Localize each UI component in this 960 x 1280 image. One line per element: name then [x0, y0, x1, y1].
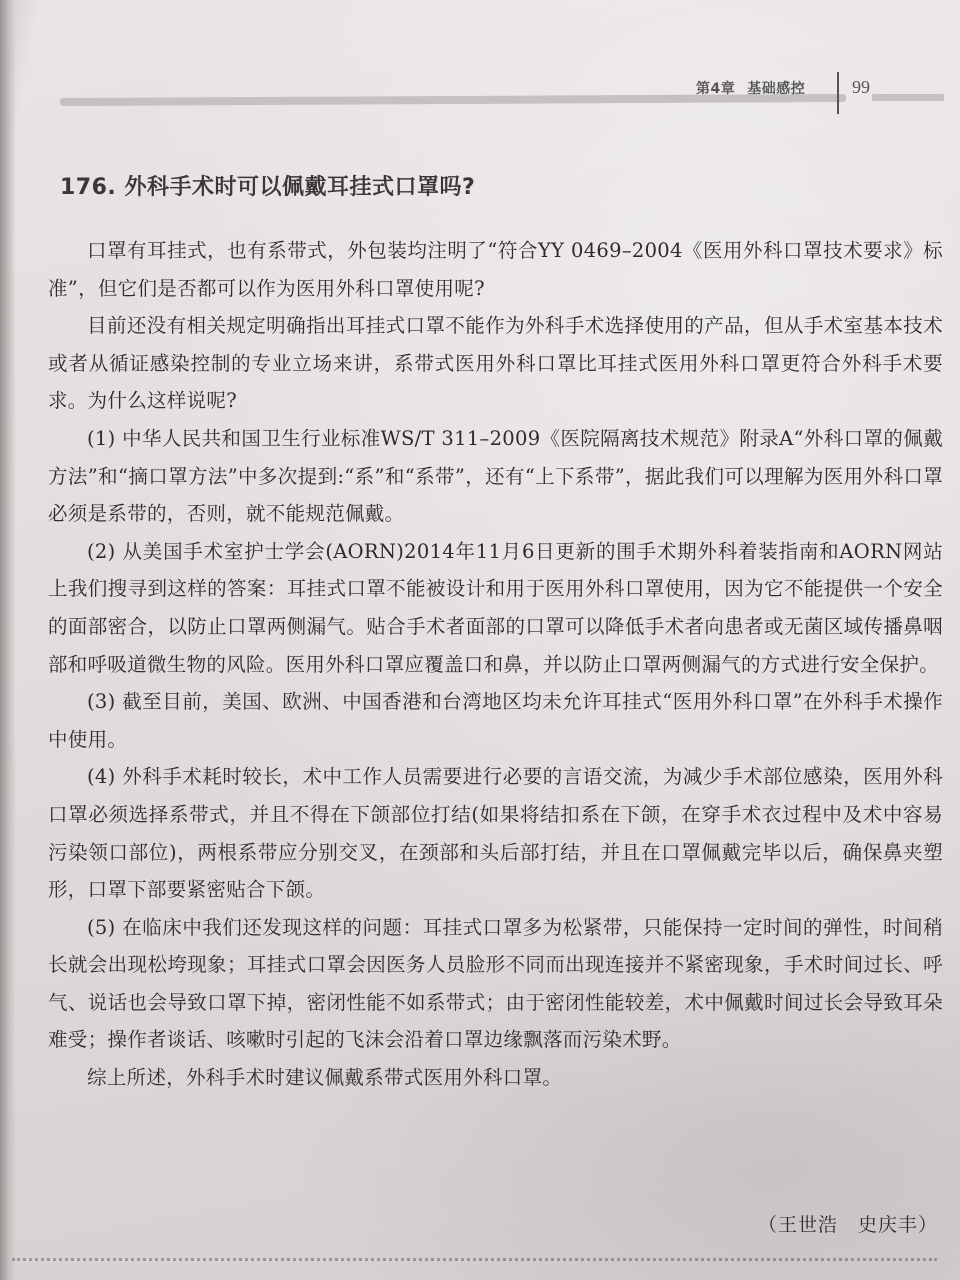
chapter-label: 第4章基础感控	[696, 78, 805, 98]
paragraph-point-2: (2) 从美国手术室护士学会(AORN)2014年11月6日更新的围手术期外科着…	[48, 533, 943, 683]
header-divider	[837, 72, 839, 114]
header-rule-right	[872, 94, 944, 101]
paragraph-intro: 口罩有耳挂式，也有系带式，外包装均注明了“符合YY 0469–2004《医用外科…	[48, 232, 943, 307]
question-number: 176.	[60, 175, 116, 200]
paragraph-point-3: (3) 截至目前，美国、欧洲、中国香港和台湾地区均未允许耳挂式“医用外科口罩”在…	[48, 683, 943, 758]
section-name: 基础感控	[747, 81, 805, 97]
author-attribution: （王世浩 史庆丰）	[758, 1210, 938, 1237]
paragraph-point-1: (1) 中华人民共和国卫生行业标准WS/T 311–2009《医院隔离技术规范》…	[48, 420, 943, 533]
chapter-number: 第4章	[696, 81, 735, 97]
question-heading: 176. 外科手术时可以佩戴耳挂式口罩吗?	[60, 170, 475, 201]
paragraph-point-4: (4) 外科手术耗时较长，术中工作人员需要进行必要的言语交流，为减少手术部位感染…	[48, 758, 943, 908]
article-body: 口罩有耳挂式，也有系带式，外包装均注明了“符合YY 0469–2004《医用外科…	[48, 232, 943, 1097]
paragraph-point-5: (5) 在临床中我们还发现这样的问题：耳挂式口罩多为松紧带，只能保持一定时间的弹…	[48, 909, 943, 1059]
question-title: 外科手术时可以佩戴耳挂式口罩吗?	[124, 175, 475, 200]
paragraph-context: 目前还没有相关规定明确指出耳挂式口罩不能作为外科手术选择使用的产品，但从手术室基…	[48, 307, 943, 420]
running-head: 第4章基础感控 99	[60, 72, 900, 112]
paragraph-conclusion: 综上所述，外科手术时建议佩戴系带式医用外科口罩。	[48, 1059, 943, 1097]
footer-dotted-rule	[12, 1258, 937, 1261]
book-page: 第4章基础感控 99 176. 外科手术时可以佩戴耳挂式口罩吗? 口罩有耳挂式，…	[0, 0, 960, 1280]
page-number: 99	[852, 77, 870, 98]
